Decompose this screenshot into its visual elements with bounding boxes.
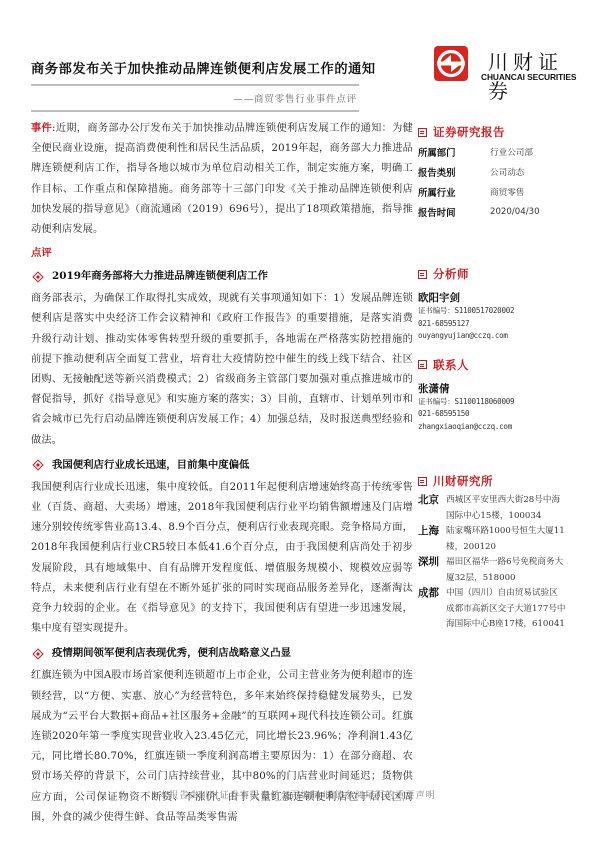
report-title: 商务部发布关于加快推动品牌连锁便利店发展工作的通知 xyxy=(31,58,376,77)
analyst-phone: 021-68595127 xyxy=(418,318,588,331)
diamond-bullet-icon xyxy=(33,272,42,281)
analyst-email[interactable]: ouyangyujian@cczq.com xyxy=(418,330,588,343)
section-heading: 2019年商务部将大力推进品牌连锁便利店工作 xyxy=(31,266,413,286)
office-chengdu: 成都 中国（四川）自由贸易试验区成都市高新区交子大道177号中海国际中心B座17… xyxy=(418,586,588,633)
contact-heading: 联系人 xyxy=(418,357,588,373)
office-shenzhen: 深圳 福田区福华一路6号免税商务大厦32层，518000 xyxy=(418,555,588,586)
office-beijing: 北京 西城区平安里西大街28号中海国际中心15楼，100034 xyxy=(418,493,588,524)
info-row-department: 所属部门 行业公司部 xyxy=(418,142,588,162)
info-row-date: 报告时间 2020/04/30 xyxy=(418,202,588,222)
contact-name: 张潇倩 xyxy=(418,381,588,396)
institute-heading: 川财研究所 xyxy=(418,473,588,489)
analyst-heading: 分析师 xyxy=(418,266,588,282)
contact-phone: 021-68595150 xyxy=(418,408,588,421)
section-heading: 我国便利店行业成长迅速，目前集中度偏低 xyxy=(31,455,413,475)
divider-bottom xyxy=(31,110,359,112)
diamond-bullet-icon xyxy=(33,649,42,658)
office-shanghai: 上海 陆家嘴环路1000号恒生大厦11楼，200120 xyxy=(418,524,588,555)
event-label: 事件 xyxy=(31,122,52,134)
section-square-icon xyxy=(418,360,427,369)
commentary-label: 点评 xyxy=(31,244,413,262)
event-text: :近期，商务部办公厅发布关于加快推动品牌连锁便利店发展工作的通知：为健全便民商业… xyxy=(31,123,413,235)
analyst-cert: 证书编号：S1100517020002 xyxy=(418,305,588,318)
contact-cert: 证书编号：S1100118060009 xyxy=(418,396,588,409)
main-content: 事件:近期，商务部办公厅发布关于加快推动品牌连锁便利店发展工作的通知：为健全便民… xyxy=(31,118,413,828)
sidebar: 证券研究报告 所属部门 行业公司部 报告类别 公司动态 所属行业 商贸零售 报告… xyxy=(418,124,588,633)
section-paragraph: 红旗连锁为中国A股市场首家便利连锁超市上市企业，公司主营业务为便利超市的连锁经营… xyxy=(31,666,413,828)
company-logo: 川财证券 CHUANCAI SECURITIES xyxy=(424,45,584,87)
contact-email[interactable]: zhangxiaoqian@cczq.com xyxy=(418,421,588,434)
section-square-icon xyxy=(418,128,427,137)
report-subtitle: ——商贸零售行业事件点评 xyxy=(233,91,357,105)
logo-mark-icon xyxy=(434,46,468,81)
section-square-icon xyxy=(418,270,427,279)
footer-disclaimer: 本报告由川财证券有限责任公司编制 谨请参阅尾页的重要声明 xyxy=(0,788,595,801)
section-paragraph: 商务部表示，为确保工作取得扎实成效，现就有关事项通知如下：1）发展品牌连锁便利店… xyxy=(31,289,413,451)
section-paragraph: 我国便利店行业成长迅速，集中度较低。自2011年起便利店增速始终高于传统零售业（… xyxy=(31,478,413,640)
logo-english-name: CHUANCAI SECURITIES xyxy=(481,72,576,82)
section-heading: 疫情期间领军便利店表现优秀，便利店战略意义凸显 xyxy=(31,643,413,663)
report-info-heading: 证券研究报告 xyxy=(418,124,588,140)
divider-top xyxy=(31,84,359,86)
diamond-bullet-icon xyxy=(33,460,42,469)
analyst-name: 欧阳宇剑 xyxy=(418,290,588,305)
event-paragraph: 事件:近期，商务部办公厅发布关于加快推动品牌连锁便利店发展工作的通知：为健全便民… xyxy=(31,118,413,240)
section-square-icon xyxy=(418,477,427,486)
info-row-industry: 所属行业 商贸零售 xyxy=(418,182,588,202)
info-row-category: 报告类别 公司动态 xyxy=(418,162,588,182)
